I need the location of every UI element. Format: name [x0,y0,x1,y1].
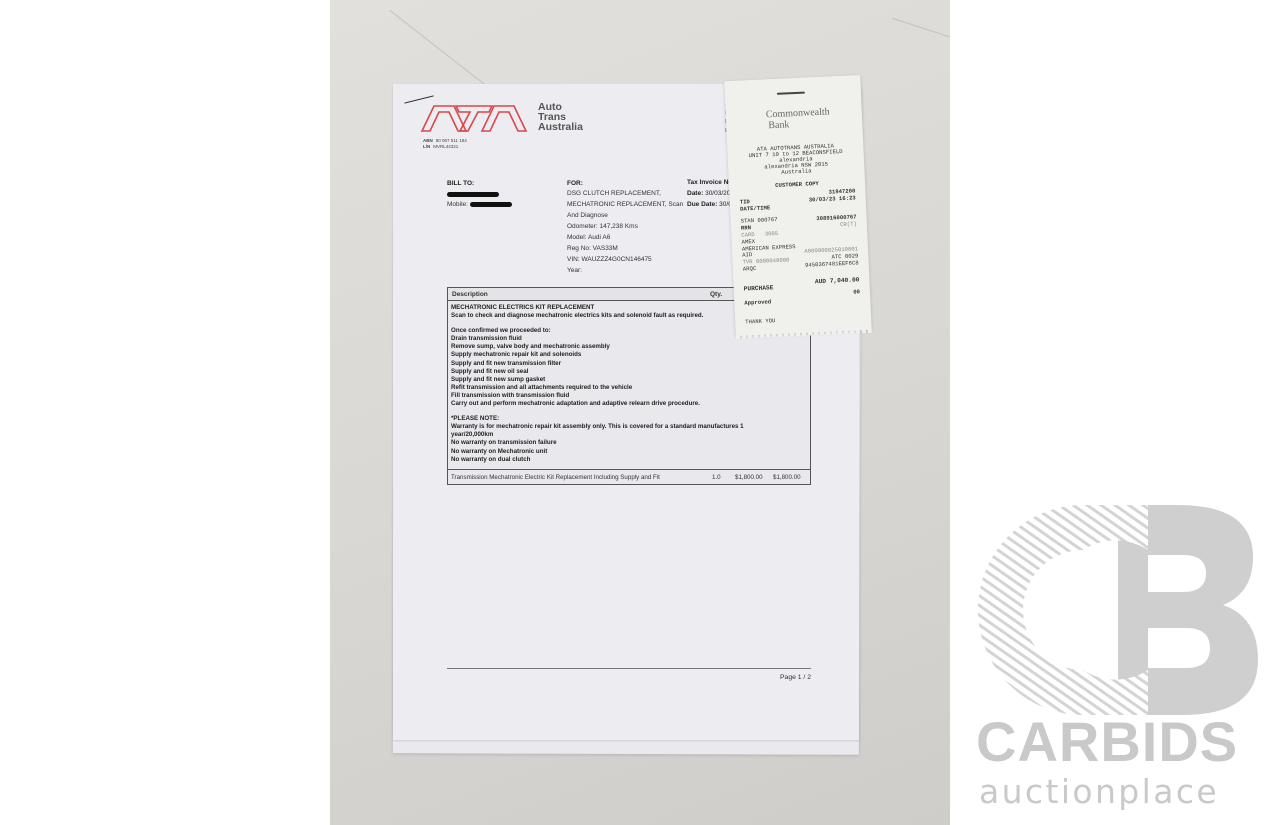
date-value: 30/03/20 [705,190,730,197]
description-line: Carry out and perform mechatronic adapta… [451,400,807,408]
stan: STAN 000767 [740,216,777,225]
reg-label: Reg No: [567,245,591,252]
description-line: No warranty on Mechatronic unit [451,448,807,456]
odometer-label: Odometer: [567,223,598,230]
reg-no: Reg No: VAS33M [567,245,618,252]
bill-to-label: BILL TO: [447,180,474,187]
company-name-line: Australia [538,122,628,132]
bill-to-name [447,191,499,198]
thank-you: THANK YOU [745,317,776,325]
header-description: Description [452,291,488,298]
purchase-label: PURCHASE [744,284,774,292]
auctionplace-wordmark: auctionplace [979,772,1259,812]
description-line: Supply and fit new transmission filter [451,360,807,368]
date-label: Date: [687,190,703,197]
description-line: Warranty is for mechatronic repair kit a… [451,423,807,431]
page-number: Page 1 / 2 [780,674,811,681]
due-date: Due Date: 30/0 [687,201,732,208]
vin: VIN: WAUZZZ4G0CN146475 [567,256,652,263]
due-date-label: Due Date: [687,201,717,208]
eftpos-receipt: Commonwealth Bank ATA AUTOTRANS AUSTRALI… [724,75,871,336]
cr-indicator: CR(T) [840,220,857,228]
description-line: Remove sump, valve body and mechatronic … [451,343,807,351]
model-value: Audi A6 [588,234,610,241]
company-name: Auto Trans Australia [538,102,628,132]
licence-value: MVRL44321 [433,144,458,149]
description-line: year/20,000km [451,431,807,439]
description-line: Supply mechatronic repair kit and soleno… [451,351,807,359]
bank-name: Commonwealth Bank [766,106,831,131]
odometer: Odometer: 147,238 Kms [567,223,638,230]
redacted-name [447,192,499,197]
line-item-amount: $1,800.00 [773,474,801,481]
description-line: Refit transmission and all attachments r… [451,384,807,392]
card-line: CARD 3005 [741,230,778,239]
tvr-value: TVR 0000048000 [742,256,789,265]
carbids-wordmark: CARBIDS [976,712,1256,772]
year-label: Year: [567,267,582,274]
datetime-label: DATE/TIME [740,204,771,212]
arqc-value: 9450367481EEF6C8 [805,259,859,268]
purchase-amount: AUD 7,040.00 [815,276,860,285]
datetime-value: 30/03/23 16:23 [809,194,856,203]
job-title-line: And Diagnose [567,212,608,219]
invoice-date: Date: 30/03/20 [687,190,730,197]
description-line: No warranty on dual clutch [451,456,807,464]
carbids-logo-icon [978,505,1258,715]
reg-value: VAS33M [593,245,618,252]
job-title-line: DSG CLUTCH REPLACEMENT, [567,190,661,197]
footer-divider [447,668,811,669]
ata-logo-icon [420,104,528,132]
description-line: Supply and fit new oil seal [451,368,807,376]
header-qty: Qty. [710,291,722,298]
arqc-label: ARQC [743,265,757,273]
description-line: No warranty on transmission failure [451,439,807,447]
approved-label: Approved [744,298,771,306]
licence-label: L/N [423,144,430,149]
mobile-label: Mobile: [447,201,468,208]
abn-label: ABN [423,138,433,143]
job-title-line: MECHATRONIC REPLACEMENT, Scan [567,201,683,208]
vin-value: WAUZZZ4G0CN146475 [581,256,651,263]
line-item-qty: 1.0 [712,474,721,481]
odometer-value: 147,238 Kms [600,223,638,230]
staple [777,92,805,95]
description-line: *PLEASE NOTE: [451,415,807,423]
response-code: 00 [853,288,860,295]
company-registration: ABN80 067 511 184 L/NMVRL44321 [423,138,467,150]
line-item-description: Transmission Mechatronic Electric Kit Re… [451,474,660,481]
card-digits: 3005 [765,230,779,238]
model: Model: Audi A6 [567,234,610,241]
year: Year: [567,267,582,274]
description-line: Fill transmission with transmission flui… [451,392,807,400]
abn-value: 80 067 511 184 [436,138,467,143]
for-label: FOR: [567,180,583,187]
spacer [451,408,807,415]
bill-to-mobile: Mobile: [447,201,512,208]
model-label: Model: [567,234,587,241]
description-line: Supply and fit new sump gasket [451,376,807,384]
vin-label: VIN: [567,256,580,263]
redacted-mobile [470,202,512,207]
table-surface-mark [892,18,950,44]
tax-invoice-label: Tax Invoice No [687,179,732,186]
bank-name-line: Bank [768,117,830,131]
line-item-unit-price: $1,800.00 [735,474,763,481]
table-row: Transmission Mechatronic Electric Kit Re… [448,469,810,485]
